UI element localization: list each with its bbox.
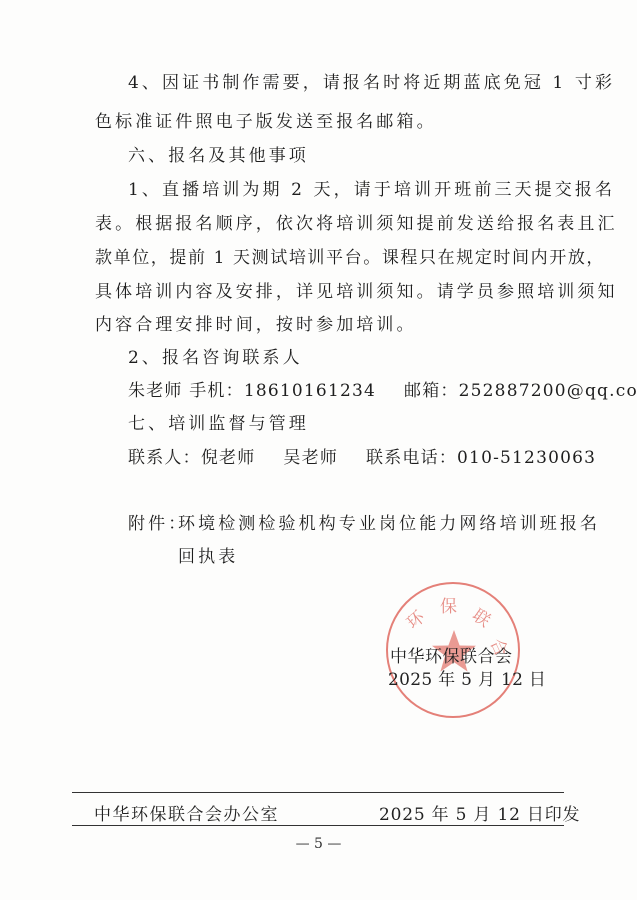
contact-name: 朱老师 [128, 381, 183, 401]
section7-heading: 七、培训监督与管理 [128, 414, 309, 434]
phone-label: 手机： [189, 381, 244, 401]
section6-item1-line2: 表。根据报名顺序，依次将培训须知提前发送给报名表且汇 [95, 214, 618, 234]
attachment-line1: 环境检测检验机构专业岗位能力网络培训班报名 [178, 514, 600, 534]
para4-line2: 色标准证件照电子版发送至报名邮箱。 [95, 112, 437, 132]
contact-label: 联系人： [128, 448, 201, 468]
contact-row: 朱老师 手机：18610161234邮箱：252887200@qq.com [128, 381, 637, 401]
page-number: — 5 — [0, 836, 637, 852]
email-value: 252887200@qq.com [459, 381, 637, 401]
section6-heading: 六、报名及其他事项 [128, 146, 309, 166]
para4-line1: 4、因证书制作需要，请报名时将近期蓝底免冠 1 寸彩 [128, 73, 615, 93]
footer-bottom-rule [72, 825, 564, 826]
seal-char-1: 环 [400, 603, 429, 633]
footer-issuer: 中华环保联合会办公室 [94, 800, 279, 825]
supervision-contact-row: 联系人：倪老师吴老师联系电话：010-51230063 [128, 448, 596, 468]
signature-date: 2025 年 5 月 12 日 [388, 665, 546, 690]
section6-item1-line1: 1、直播培训为期 2 天，请于培训开班前三天提交报名 [128, 180, 615, 200]
section6-item1-line5: 内容合理安排时间，按时参加培训。 [95, 315, 417, 335]
email-label: 邮箱： [404, 381, 459, 401]
footer-top-rule [72, 792, 564, 793]
phone-value: 18610161234 [244, 381, 376, 401]
section6-item2-heading: 2、报名咨询联系人 [128, 348, 303, 368]
attachment-line2: 回执表 [178, 547, 238, 567]
tel-value: 010-51230063 [457, 448, 596, 468]
section6-item1-line3: 款单位，提前 1 天测试培训平台。课程只在规定时间内开放， [95, 248, 605, 268]
section6-item1-line4: 具体培训内容及安排，详见培训须知。请学员参照培训须知 [95, 282, 618, 302]
tel-label: 联系电话： [366, 448, 457, 468]
footer-issue-date: 2025 年 5 月 12 日印发 [379, 800, 580, 825]
contact-2: 吴老师 [283, 448, 338, 468]
signature-org: 中华环保联合会 [390, 642, 513, 667]
seal-char-2: 保 [440, 592, 457, 617]
contact-1: 倪老师 [201, 448, 256, 468]
